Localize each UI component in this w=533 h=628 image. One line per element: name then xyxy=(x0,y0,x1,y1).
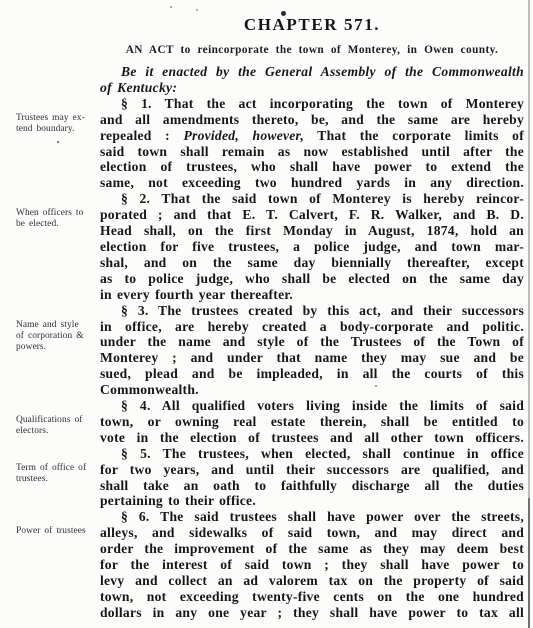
text-line: levy and collect an ad valorem tax on th… xyxy=(100,573,524,589)
text-line: sued, plead and be impleaded, in all the… xyxy=(100,366,524,382)
italic-phrase: of Kentucky: xyxy=(100,80,177,95)
section-4-margin-note: Qualifications ofelectors. xyxy=(16,415,98,437)
ink-speck xyxy=(196,9,198,11)
act-subtitle: AN ACT to reincorporate the town of Mont… xyxy=(100,44,524,56)
margin-note-line: trustees. xyxy=(16,474,98,485)
section-2-margin-note: When officers tobe elected. xyxy=(16,208,98,230)
text-line: alleys, and sidewalks of said town, and … xyxy=(100,525,524,541)
text-line: election for five trustees, a police jud… xyxy=(100,239,524,255)
margin-note-line: powers. xyxy=(16,342,98,353)
text-line: Commonwealth. xyxy=(100,382,524,398)
text-line: shall take an oath to faithfully dischar… xyxy=(100,478,524,494)
margin-note-line: electors. xyxy=(16,426,98,437)
margin-note-line: Power of trustees xyxy=(16,526,98,537)
text-line: § 4. All qualified voters living inside … xyxy=(100,398,524,414)
text-line: vote in the election of trustees and all… xyxy=(100,430,524,446)
act-body: Be it enacted by the General Assembly of… xyxy=(100,64,524,621)
enacting-clause: Be it enacted by the General Assembly of… xyxy=(100,64,524,96)
page-edge-shadow xyxy=(528,498,530,628)
margin-note-line: tend boundary. xyxy=(16,124,98,135)
text-line: dollars in any one year ; they shall hav… xyxy=(100,605,524,621)
text-line: town, or owning real estate therein, sha… xyxy=(100,414,524,430)
margin-note-line: Term of office of xyxy=(16,463,98,474)
margin-note-line: Name and style xyxy=(16,320,98,331)
scanned-document-page: CHAPTER 571. AN ACT to reincorporate the… xyxy=(0,0,533,628)
text-line: as to police judge, who shall be elected… xyxy=(100,271,524,287)
section-1: Trustees may ex-tend boundary.§ 1. That … xyxy=(100,96,524,191)
text-line: Head shall, on the first Monday in Augus… xyxy=(100,223,524,239)
section-5: Term of office oftrustees.§ 5. The trust… xyxy=(100,446,524,510)
text-line: repealed : Provided, however, That the c… xyxy=(100,128,524,144)
chapter-title: CHAPTER 571. xyxy=(100,15,524,34)
text-line: for the interest of said town ; they sha… xyxy=(100,557,524,573)
section-5-margin-note: Term of office oftrustees. xyxy=(16,463,98,485)
text-column: CHAPTER 571. AN ACT to reincorporate the… xyxy=(100,0,524,621)
text-line: § 5. The trustees, when elected, shall c… xyxy=(100,446,524,462)
margin-note-line: be elected. xyxy=(16,219,98,230)
text-line: same, not exceeding two hundred yards in… xyxy=(100,175,524,191)
text-line: order the improvement of the same as the… xyxy=(100,541,524,557)
text-line: Monterey ; and under that name they may … xyxy=(100,350,524,366)
text-line: Be it enacted by the General Assembly of… xyxy=(100,64,524,80)
text-line: § 3. The trustees created by this act, a… xyxy=(100,303,524,319)
italic-phrase: Be it enacted by the General Assembly of… xyxy=(121,64,524,79)
text-line: § 6. The said trustees shall have power … xyxy=(100,509,524,525)
text-line: under the name and style of the Trustees… xyxy=(100,334,524,350)
text-line: town, not exceeding twenty-five cents on… xyxy=(100,589,524,605)
text-line: election of trustees, who shall have pow… xyxy=(100,159,524,175)
ink-speck xyxy=(57,141,59,143)
section-6: Power of trustees§ 6. The said trustees … xyxy=(100,509,524,620)
section-4: Qualifications ofelectors.§ 4. All quali… xyxy=(100,398,524,446)
text-line: in every fourth year thereafter. xyxy=(100,287,524,303)
margin-note-line: Trustees may ex- xyxy=(16,113,98,124)
ink-speck xyxy=(170,6,172,8)
margin-note-line: of corporation & xyxy=(16,331,98,342)
ink-dot xyxy=(281,11,286,16)
section-3: Name and styleof corporation &powers.§ 3… xyxy=(100,303,524,398)
text-line: § 1. That the act incorporating the town… xyxy=(100,96,524,112)
italic-phrase: Provided, however, xyxy=(183,128,304,143)
ink-speck xyxy=(375,385,377,387)
section-6-margin-note: Power of trustees xyxy=(16,526,98,537)
text-line: and all amendments thereto, be, and the … xyxy=(100,112,524,128)
text-line: § 2. That the said town of Monterey is h… xyxy=(100,191,524,207)
text-line: pertaining to their office. xyxy=(100,493,524,509)
margin-note-line: Qualifications of xyxy=(16,415,98,426)
margin-note-line: When officers to xyxy=(16,208,98,219)
section-2: When officers tobe elected.§ 2. That the… xyxy=(100,191,524,302)
text-line: porated ; and that E. T. Calvert, F. R. … xyxy=(100,207,524,223)
text-line: shal, and on the same day biennially the… xyxy=(100,255,524,271)
section-3-margin-note: Name and styleof corporation &powers. xyxy=(16,320,98,353)
text-line: for two years, and until their successor… xyxy=(100,462,524,478)
text-line: in office, are hereby created a body-cor… xyxy=(100,319,524,335)
text-line: said town shall remain as now establishe… xyxy=(100,144,524,160)
text-line: of Kentucky: xyxy=(100,80,524,96)
section-1-margin-note: Trustees may ex-tend boundary. xyxy=(16,113,98,135)
